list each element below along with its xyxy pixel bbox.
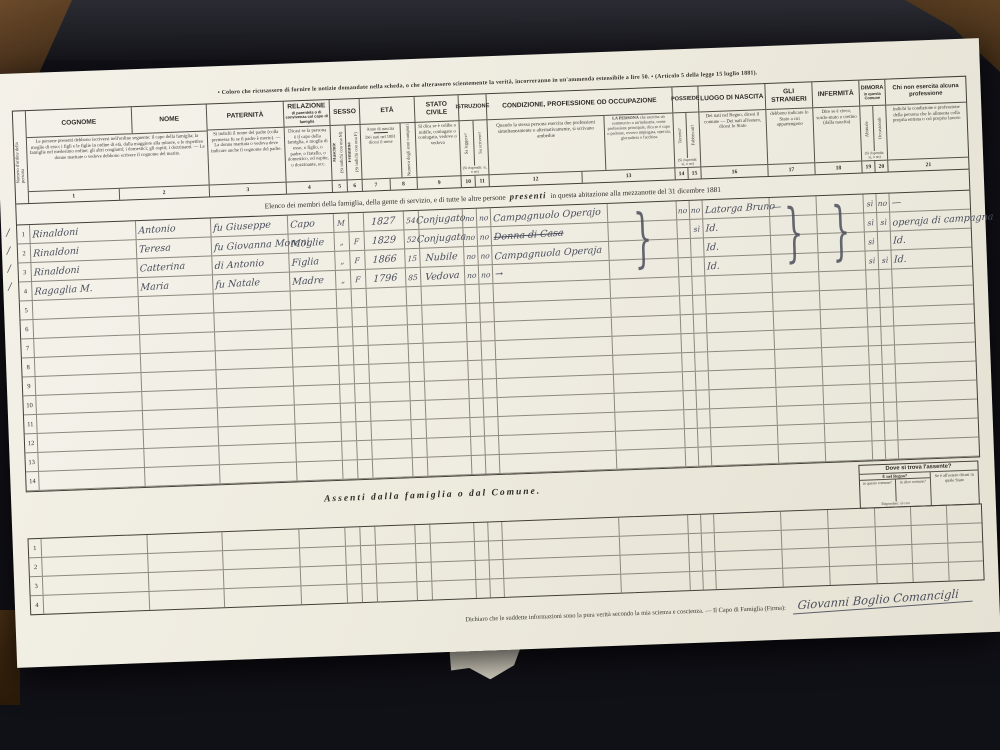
- col-title-eta: ETÀ: [360, 97, 415, 125]
- col-number-11: 11: [475, 175, 488, 186]
- cell-col-15: [692, 257, 706, 275]
- eta-anni-label: Numero degli anni compiuti: [405, 124, 412, 176]
- handwritten-entry: F: [354, 236, 360, 245]
- cell-col-2: [139, 313, 215, 334]
- col-number-14: 14: [675, 168, 688, 179]
- cognome-nome-description: Le persone presenti debbono iscriversi n…: [27, 132, 209, 192]
- cell-col-19: [876, 545, 913, 564]
- cell-col-6: [362, 584, 378, 603]
- col-group-paternita: PATERNITÀ Si indichi il nome del padre (…: [207, 102, 287, 197]
- cell-col-18: [823, 365, 871, 385]
- cell-col-20: [883, 383, 897, 401]
- col-group-infermita: INFERMITÀ Dire se è cieco, sordo-muto o …: [812, 81, 862, 175]
- col-number-19: 19: [862, 161, 875, 172]
- row-number: 5: [20, 301, 34, 319]
- handwritten-entry: no: [465, 213, 475, 223]
- cell-col-15: [698, 428, 712, 446]
- cell-col-14: [684, 391, 698, 409]
- cell-col-6: [358, 460, 374, 479]
- handwritten-entry: 1866: [373, 253, 398, 266]
- handwritten-entry: sì: [693, 224, 700, 233]
- row-number: 8: [22, 358, 36, 376]
- cell-col-2: [143, 408, 219, 429]
- cell-col-4: [291, 290, 338, 310]
- col-title-luogo-nascita: LUOGO DI NASCITA: [698, 84, 765, 112]
- handwritten-entry: Teresa: [139, 242, 171, 255]
- cell-col-3: fu Natale: [213, 273, 291, 294]
- cell-col-9: [425, 380, 470, 400]
- cell-col-4: [293, 347, 340, 367]
- cell-col-10: [476, 579, 491, 598]
- handwritten-entry: Capo: [290, 218, 315, 231]
- cell-col-12: [500, 451, 618, 473]
- signature: Giovanni Boglio Comancigli: [793, 586, 973, 615]
- cell-col-15: [701, 514, 715, 532]
- cell-col-20: no: [876, 194, 890, 212]
- cell-col-19: [877, 564, 914, 583]
- cell-col-2: [142, 389, 218, 410]
- cell-col-9: [422, 304, 467, 324]
- cell-col-2: [145, 465, 221, 486]
- cell-col-8: [411, 420, 427, 439]
- handwritten-entry: Rinaldoni: [32, 226, 78, 240]
- cell-col-7: [368, 325, 409, 344]
- sesso-maschile-label: Maschile: [333, 143, 339, 162]
- col-title-stato-civile: STATO CIVILE: [415, 95, 459, 123]
- handwritten-entry: sì: [867, 218, 874, 227]
- cell-col-6: [356, 403, 372, 422]
- cell-col-18: [825, 422, 873, 442]
- cell-col-21: [948, 542, 997, 562]
- col-number-7: 7: [363, 179, 391, 191]
- cell-col-19: sì: [863, 194, 877, 212]
- col-number-9: 9: [418, 176, 461, 189]
- cell-col-4: Moglie: [289, 233, 336, 253]
- stranieri-description: debbono indicare lo Stato a cui apparten…: [766, 108, 814, 164]
- cell-col-5: „: [336, 270, 352, 289]
- cell-col-17: [778, 424, 826, 444]
- cell-col-8: [409, 363, 425, 382]
- cell-col-8: [411, 401, 427, 420]
- col-group-cognome-nome: COGNOME NOME Le persone presenti debbono…: [26, 105, 210, 204]
- cell-col-4: [292, 328, 339, 348]
- handwritten-entry: no: [467, 270, 477, 280]
- cell-col-5: „: [335, 251, 351, 270]
- cell-col-15: [699, 447, 713, 465]
- cell-col-10: [470, 418, 485, 437]
- row-number: 10: [23, 396, 37, 414]
- handwritten-entry: 54: [406, 215, 416, 225]
- estero-label: Se è all'estero dicasi in quale Stato: [931, 471, 979, 506]
- absent-where-box: Dove si trova l'assente? È nel Regno? in…: [858, 460, 980, 508]
- cell-col-7: 1796: [366, 268, 407, 287]
- cell-col-2: [147, 532, 223, 553]
- cell-col-9: Nubile: [420, 247, 465, 267]
- cell-col-21: Id.: [892, 248, 973, 269]
- col-number-8: 8: [390, 178, 417, 190]
- handwritten-entry: Conjugato: [416, 212, 466, 226]
- cell-col-17: [782, 548, 830, 568]
- col-group-sesso: SESSO Maschile (Si indichi con una M) Fe…: [330, 99, 363, 192]
- cell-col-7: [369, 344, 410, 363]
- cell-col-2: Teresa: [137, 237, 213, 258]
- cell-col-5: M: [334, 213, 350, 232]
- cell-col-4: [299, 528, 346, 548]
- cell-col-3: [214, 292, 292, 313]
- cell-col-8: [413, 458, 429, 477]
- eta-anno-label: Anno di nascita: [366, 126, 394, 132]
- cell-col-11: no: [477, 227, 492, 246]
- cell-col-13: [613, 353, 683, 374]
- cell-col-13: [615, 410, 685, 431]
- cell-col-6: [356, 422, 372, 441]
- cell-col-15: [697, 409, 711, 427]
- cell-col-4: [301, 566, 348, 586]
- handwritten-entry: no: [466, 251, 476, 261]
- sesso-femmina-label: Femmina: [348, 142, 354, 162]
- cell-col-9: [428, 456, 473, 476]
- cell-col-21: Id.: [891, 229, 972, 250]
- handwritten-entry: Vedova: [425, 269, 460, 282]
- cell-col-17: [775, 348, 823, 368]
- cell-col-14: [680, 296, 694, 314]
- cell-col-18: [821, 308, 869, 328]
- fabbricati-label: Fabbricati?: [690, 125, 696, 146]
- handwritten-entry: Figlia: [291, 256, 319, 269]
- cell-col-16: Id.: [703, 217, 771, 237]
- cell-col-4: [300, 547, 347, 567]
- col-title-istruzione: ISTRUZIONE: [459, 94, 487, 121]
- cell-col-20: [913, 563, 950, 582]
- cell-col-16: Id.: [705, 255, 773, 275]
- cell-col-7: [377, 563, 418, 582]
- cell-col-19: [867, 289, 881, 307]
- cell-col-13: [612, 334, 682, 355]
- handwritten-entry: no: [479, 232, 489, 242]
- cell-col-21: [898, 437, 979, 458]
- cell-col-5: [339, 365, 355, 384]
- cell-col-7: [367, 287, 408, 306]
- cell-col-21: [947, 504, 996, 524]
- cell-col-18: [824, 403, 872, 423]
- cell-col-18: [829, 546, 877, 566]
- handwritten-entry: Antonio: [138, 223, 176, 236]
- cell-col-11: [480, 303, 495, 322]
- handwritten-entry: no: [480, 251, 490, 261]
- cell-col-16: Latorga Bruno: [703, 198, 771, 218]
- cell-col-9: Conjugato: [419, 209, 464, 229]
- cell-col-17: [781, 510, 829, 530]
- cell-col-8: [417, 563, 433, 582]
- cell-col-9: [426, 399, 471, 419]
- cell-col-16: [707, 312, 775, 332]
- abituale-label: Abituale: [864, 121, 869, 137]
- cell-col-20: sì: [879, 251, 893, 269]
- col-group-dimora: DIMORA in questa Comune Abituale Occasio…: [859, 80, 888, 173]
- cell-col-17: [774, 329, 822, 349]
- handwritten-entry: Ragaglia M.: [34, 283, 93, 298]
- cell-col-19: [870, 384, 884, 402]
- cell-col-9: Conjugata: [419, 228, 464, 248]
- col-number-10: 10: [461, 176, 475, 188]
- cell-col-3: [215, 330, 293, 351]
- cell-col-19: [870, 365, 884, 383]
- cell-col-8: [412, 439, 428, 458]
- cell-col-11: [481, 322, 496, 341]
- cell-col-5: [343, 460, 359, 479]
- cell-col-10: no: [464, 247, 479, 266]
- handwritten-entry: sì: [869, 256, 876, 265]
- cell-col-6: [360, 527, 376, 546]
- cell-col-6: [354, 365, 370, 384]
- handwritten-entry: Donna di Casa: [494, 227, 564, 242]
- cell-col-21: [898, 418, 979, 439]
- cell-col-3: [216, 349, 294, 370]
- row-number: 9: [23, 377, 37, 395]
- cell-col-3: [218, 405, 296, 426]
- row-number: 7: [21, 339, 35, 357]
- cell-col-19: sì: [865, 232, 879, 250]
- cell-col-3: [223, 548, 301, 569]
- cell-col-16: [706, 293, 774, 313]
- handwritten-entry: no: [691, 205, 701, 215]
- cell-col-16: [709, 369, 777, 389]
- handwritten-entry: Id.: [705, 222, 718, 234]
- cell-col-15: sì: [690, 219, 704, 237]
- cell-col-20: [911, 506, 948, 525]
- cell-col-21: —: [889, 191, 970, 212]
- sa-leggere-label: Sa leggere?: [464, 133, 470, 154]
- handwritten-entry: Conjugata: [416, 231, 466, 245]
- cell-col-1: [44, 592, 151, 614]
- cell-col-11: [479, 284, 494, 303]
- col-group-chi-non-esercita: Chi non esercita alcuna professione indi…: [885, 77, 968, 172]
- cell-col-14: [689, 553, 703, 571]
- handwritten-entry: Moglie: [291, 236, 325, 249]
- cell-col-10: [468, 342, 483, 361]
- numero-ordine-label: Numero d'ordine della persona: [15, 131, 27, 183]
- terreni-label: Terreni?: [677, 128, 682, 143]
- cell-col-7: [373, 458, 414, 477]
- cell-col-5: [342, 441, 358, 460]
- cell-col-9: [430, 523, 475, 543]
- cell-col-14: [681, 334, 695, 352]
- cell-col-2: Maria: [138, 275, 214, 296]
- cell-col-11: [488, 522, 503, 541]
- cell-col-8: [415, 525, 431, 544]
- col-title-possiede: POSSIEDE: [672, 87, 698, 114]
- luogo-description: Dei nati nel Regno, dicesi il comune — D…: [699, 110, 767, 166]
- cell-col-10: [470, 399, 485, 418]
- cell-col-15: [703, 571, 717, 589]
- cell-col-8: [407, 287, 423, 306]
- col-group-possiede: POSSIEDE Terreni? Fabbricati? (Si rispon…: [672, 86, 701, 179]
- cell-col-18: [830, 565, 878, 585]
- cell-col-2: [150, 589, 226, 610]
- cell-col-7: [377, 582, 418, 601]
- cell-col-4: [293, 366, 340, 386]
- cell-col-3: [216, 368, 294, 389]
- cell-col-20: [881, 326, 895, 344]
- handwritten-entry: 85: [408, 272, 418, 282]
- col-number-15: 15: [688, 167, 700, 178]
- cell-col-14: no: [677, 201, 691, 219]
- sesso-maschile-note: (Si indichi con una M): [339, 132, 345, 174]
- cell-col-6: [355, 384, 371, 403]
- cell-col-18: [822, 346, 870, 366]
- cell-col-8: [410, 382, 426, 401]
- handwritten-entry: Id.: [893, 234, 906, 246]
- cell-col-2: [139, 294, 215, 315]
- cell-col-4: [295, 423, 342, 443]
- cell-col-20: [912, 544, 949, 563]
- cell-col-20: [879, 269, 893, 287]
- handwritten-entry: sì: [868, 237, 875, 246]
- row-number: 1: [29, 539, 43, 557]
- cell-col-6: [352, 308, 368, 327]
- handwritten-entry: 1796: [373, 272, 398, 285]
- handwritten-entry: fu Giuseppe: [213, 219, 271, 234]
- cell-col-8: [407, 306, 423, 325]
- row-number: 2: [29, 558, 43, 576]
- cell-col-5: [347, 565, 363, 584]
- cell-col-8: [416, 544, 432, 563]
- cell-col-20: [880, 288, 894, 306]
- col-title-cognome: COGNOME: [26, 107, 133, 137]
- cell-col-15: [693, 295, 707, 313]
- cell-col-11: [484, 417, 499, 436]
- cell-col-9: [424, 361, 469, 381]
- cell-col-11: no: [479, 265, 494, 284]
- cell-col-3: di Antonio: [212, 254, 290, 275]
- cell-col-7: 1827: [364, 211, 405, 230]
- cell-col-2: [141, 351, 217, 372]
- cell-col-13: [619, 515, 689, 536]
- cell-col-15: [696, 371, 710, 389]
- cell-col-11: [482, 360, 497, 379]
- row-number: 14: [26, 472, 40, 490]
- cell-col-19: [876, 526, 913, 545]
- cell-col-21: operaja di campagna: [890, 210, 971, 231]
- cell-col-16: [710, 388, 778, 408]
- col-group-istruzione: ISTRUZIONE Sa leggere? Sa scrivere? (Si …: [459, 94, 490, 187]
- handwritten-entry: „: [340, 237, 344, 246]
- cell-col-2: [140, 332, 216, 353]
- sa-scrivere-label: Sa scrivere?: [478, 132, 484, 154]
- row-number: 3: [18, 263, 32, 281]
- cell-col-13: [620, 534, 690, 555]
- cell-col-10: [469, 380, 484, 399]
- col-number-6: 6: [348, 180, 362, 192]
- cell-col-11: [482, 341, 497, 360]
- cell-col-14: [679, 258, 693, 276]
- handwritten-entry: Rinaldoni: [34, 264, 80, 278]
- handwritten-entry: M: [337, 218, 345, 228]
- row-number: 11: [24, 415, 38, 433]
- cell-col-12: [504, 575, 622, 597]
- cell-col-14: [688, 515, 702, 533]
- cell-col-11: [485, 436, 500, 455]
- cell-col-2: [144, 446, 220, 467]
- cell-col-10: no: [465, 266, 480, 285]
- cell-col-18: [826, 441, 874, 461]
- cell-col-19: sì: [866, 251, 880, 269]
- cell-col-4: Capo: [288, 214, 335, 234]
- cell-col-8: [417, 582, 433, 601]
- condizione-description: Quando la stessa persona esercita due pr…: [487, 116, 606, 174]
- caption-presenti: presenti: [509, 190, 546, 201]
- questo-comune-label: in questo comune?: [860, 480, 896, 503]
- cell-col-5: [347, 584, 363, 603]
- cell-col-2: [148, 551, 224, 572]
- dimora-subtitle: in questa Comune: [861, 91, 884, 100]
- cell-col-5: [346, 546, 362, 565]
- handwritten-brace-stranieri: }: [784, 198, 805, 269]
- handwritten-entry: 1827: [371, 215, 396, 228]
- cell-col-10: [472, 456, 487, 475]
- cell-col-6: [362, 565, 378, 584]
- cell-col-7: [371, 401, 412, 420]
- cell-col-10: [474, 522, 489, 541]
- cell-col-11: [490, 579, 505, 598]
- cell-col-11: [486, 455, 501, 474]
- handwritten-entry: no: [678, 205, 688, 215]
- handwritten-entry: Latorga Bruno: [705, 200, 776, 215]
- col-group-condizione: CONDIZIONE, PROFESSIONE OD OCCUPAZIONE Q…: [487, 87, 676, 186]
- cell-col-1: [39, 468, 146, 490]
- cell-col-9: [432, 561, 477, 581]
- row-number: 13: [25, 453, 39, 471]
- cell-col-20: [884, 402, 898, 420]
- col-group-relazione: RELAZIONE di parentela o di convivenza c…: [284, 100, 333, 194]
- cell-col-15: [692, 276, 706, 294]
- cell-col-21: [892, 267, 973, 288]
- cell-col-2: Antonio: [136, 218, 212, 239]
- cell-col-20: [885, 440, 899, 458]
- cell-col-2: [149, 570, 225, 591]
- cell-col-4: Madre: [290, 271, 337, 291]
- handwritten-entry: 52: [407, 234, 417, 244]
- cell-col-14: [677, 220, 691, 238]
- cell-col-11: [489, 541, 504, 560]
- cell-col-2: Catterina: [137, 256, 213, 277]
- cell-col-8: [408, 325, 424, 344]
- cell-col-7: [376, 544, 417, 563]
- handwritten-entry: Nubile: [426, 250, 459, 263]
- cell-col-16: Id.: [704, 236, 772, 256]
- col-title-sesso: SESSO: [330, 99, 360, 126]
- cell-col-21: [949, 561, 998, 581]
- handwritten-entry: Campagnuolo Operajo: [493, 206, 601, 224]
- cell-col-13: [621, 572, 691, 593]
- cell-col-16: [710, 407, 778, 427]
- paternita-description: Si indichi il nome del padre (colla prem…: [208, 128, 286, 185]
- handwritten-entry: Id.: [894, 253, 907, 265]
- cell-col-9: Vedova: [421, 266, 466, 286]
- cell-col-18: [821, 327, 869, 347]
- handwritten-entry: „: [341, 275, 345, 284]
- cell-col-19: [871, 403, 885, 421]
- cell-col-20: [883, 364, 897, 382]
- cell-col-16: [711, 426, 779, 446]
- cell-col-9: [431, 542, 476, 562]
- cell-col-3: [217, 386, 295, 407]
- handwritten-entry: Maria: [140, 280, 169, 293]
- cell-col-6: [361, 546, 377, 565]
- cell-col-14: [678, 239, 692, 257]
- handwritten-brace-persona: }: [633, 203, 654, 274]
- cell-col-3: [224, 586, 302, 607]
